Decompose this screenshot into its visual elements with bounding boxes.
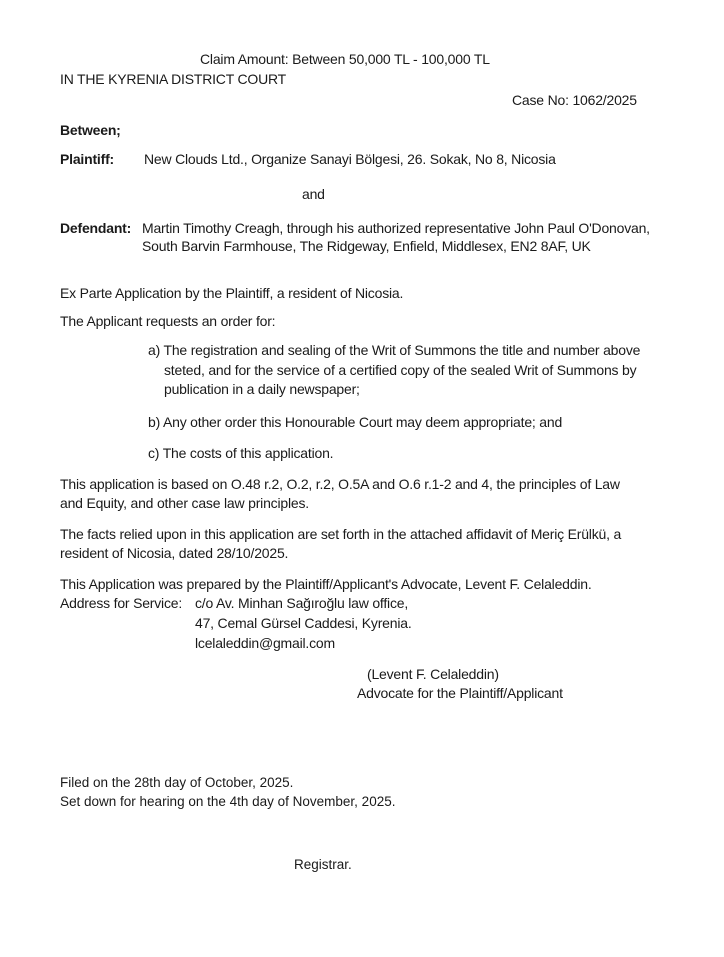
case-number: Case No: 1062/2025 xyxy=(512,92,637,108)
requests-intro: The Applicant requests an order for: xyxy=(60,313,275,329)
basis-line-2: and Equity, and other case law principle… xyxy=(60,495,309,511)
filed-date: Filed on the 28th day of October, 2025. xyxy=(60,775,293,790)
prepared-by: This Application was prepared by the Pla… xyxy=(60,576,592,592)
email-address[interactable]: lcelaleddin@gmail.com xyxy=(195,635,335,651)
signature-name: (Levent F. Celaleddin) xyxy=(367,666,499,682)
defendant-line-1: Martin Timothy Creagh, through his autho… xyxy=(142,220,650,236)
order-a-line-3: publication in a daily newspaper; xyxy=(164,381,360,397)
order-b: b) Any other order this Honourable Court… xyxy=(148,414,562,430)
defendant-line-2: South Barvin Farmhouse, The Ridgeway, En… xyxy=(142,238,591,254)
registrar-label: Registrar. xyxy=(294,857,352,872)
between-label: Between; xyxy=(60,122,121,138)
plaintiff-value: New Clouds Ltd., Organize Sanayi Bölgesi… xyxy=(144,151,556,167)
order-a-line-1: a) The registration and sealing of the W… xyxy=(148,342,640,358)
claim-amount: Claim Amount: Between 50,000 TL - 100,00… xyxy=(200,51,490,67)
address-line-2: 47, Cemal Gürsel Caddesi, Kyrenia. xyxy=(195,615,412,631)
address-label: Address for Service: xyxy=(60,595,182,611)
order-c: c) The costs of this application. xyxy=(148,445,333,461)
order-a-line-2: steted, and for the service of a certifi… xyxy=(164,362,636,378)
basis-line-1: This application is based on O.48 r.2, O… xyxy=(60,476,620,492)
facts-line-2: resident of Nicosia, dated 28/10/2025. xyxy=(60,545,288,561)
signature-title: Advocate for the Plaintiff/Applicant xyxy=(357,685,563,701)
and-separator: and xyxy=(302,186,325,202)
plaintiff-label: Plaintiff: xyxy=(60,151,114,167)
ex-parte-statement: Ex Parte Application by the Plaintiff, a… xyxy=(60,285,403,301)
court-title: IN THE KYRENIA DISTRICT COURT xyxy=(60,71,286,87)
facts-line-1: The facts relied upon in this applicatio… xyxy=(60,526,621,542)
hearing-date: Set down for hearing on the 4th day of N… xyxy=(60,794,395,809)
defendant-label: Defendant: xyxy=(60,220,131,236)
address-line-1: c/o Av. Minhan Sağıroğlu law office, xyxy=(195,595,408,611)
